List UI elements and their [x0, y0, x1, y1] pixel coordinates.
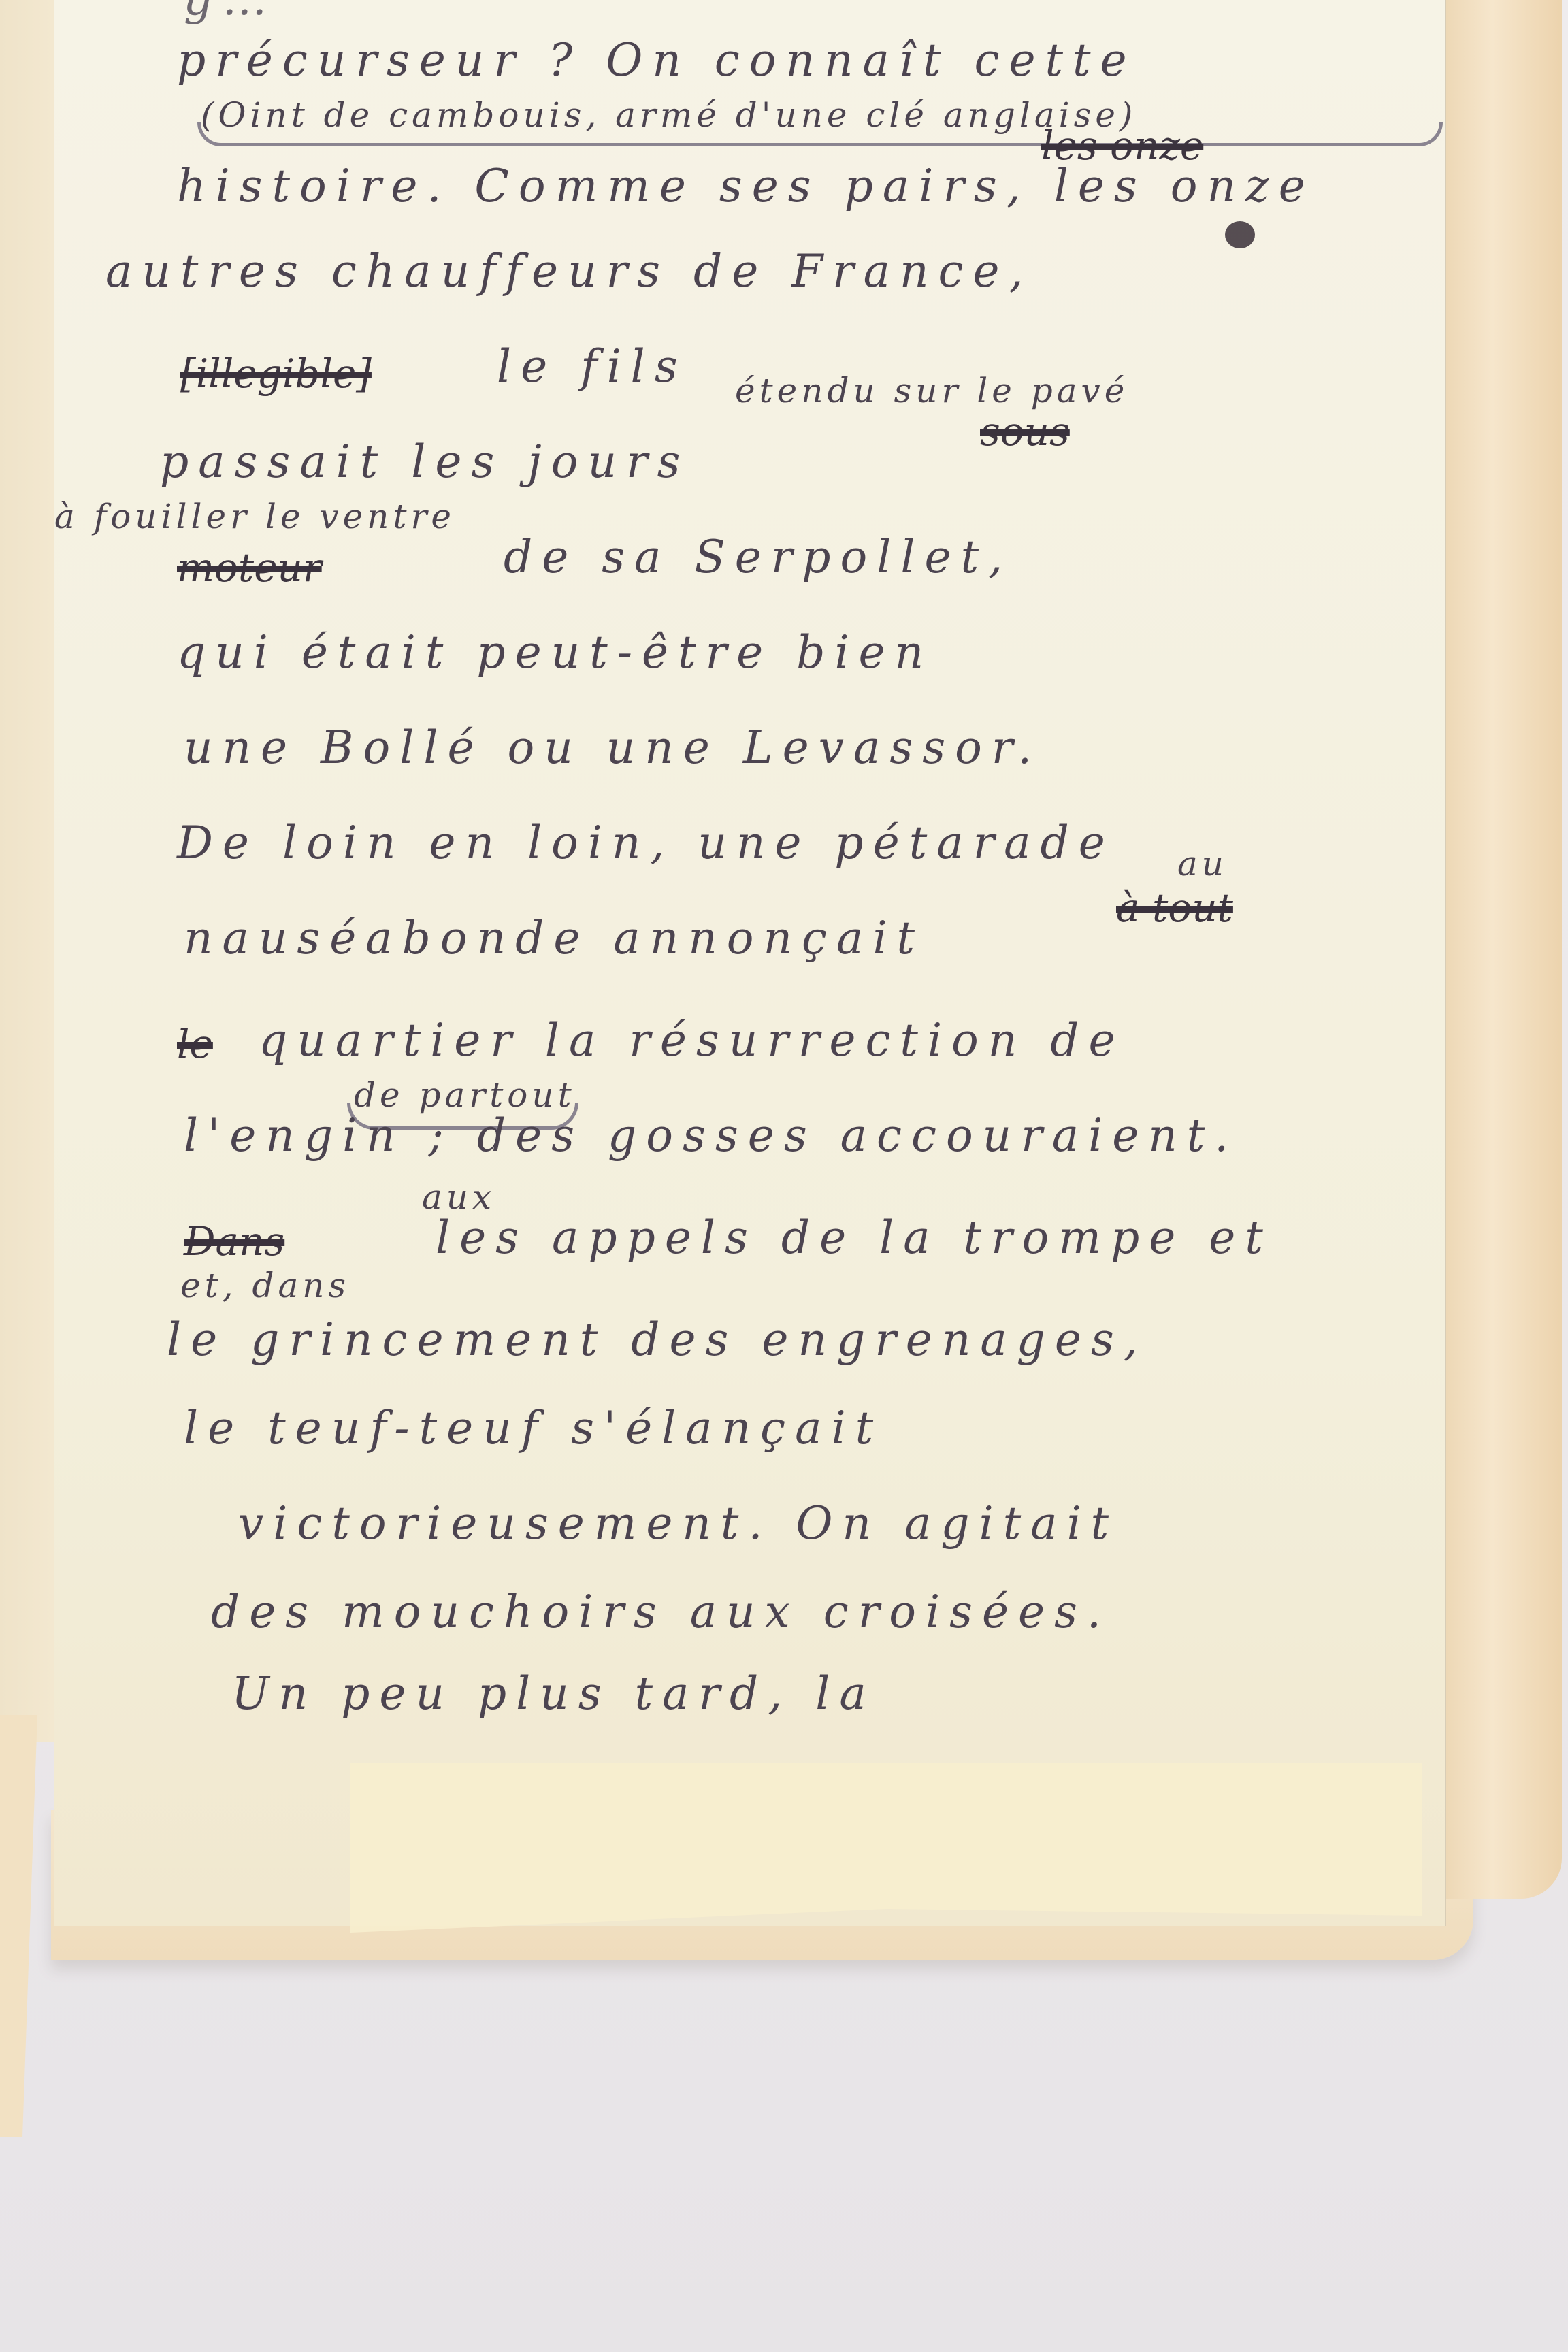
line-0: g… — [184, 0, 276, 25]
line-13: les appels de la trompe et — [436, 1211, 1273, 1264]
line-5: passait les jours — [160, 436, 689, 488]
struck-5: sous — [980, 408, 1070, 455]
line-12: l'engin ; des gosses accouraient. — [184, 1109, 1238, 1162]
line-4: le fils — [497, 340, 687, 393]
line-7: qui était peut-être bien — [177, 626, 933, 679]
line-18: Un peu plus tard, la — [231, 1667, 876, 1720]
line-10: nauséabonde annonçait — [184, 912, 924, 964]
struck-11: le — [177, 1021, 213, 1067]
line-14: le grincement des engrenages, — [167, 1313, 1147, 1366]
line-11: quartier la résurrection de — [259, 1014, 1125, 1066]
struck-6: moteur — [177, 544, 322, 591]
manuscript-photo: g… précurseur ? On connaît cette (Oint d… — [0, 0, 1568, 2352]
paper-tape-patch — [350, 1763, 1422, 1933]
line-16: victorieusement. On agitait — [238, 1497, 1118, 1550]
struck-2: les onze — [1041, 122, 1203, 169]
line-17: des mouchoirs aux croisées. — [211, 1586, 1111, 1638]
insertion-brace-1 — [197, 122, 1443, 146]
ink-blot — [1225, 221, 1255, 248]
line-6: de sa Serpollet, — [504, 531, 1012, 583]
line-3: autres chauffeurs de France, — [105, 245, 1032, 297]
struck-10: à tout — [1116, 885, 1233, 931]
line-9: De loin en loin, une pétarade — [177, 817, 1115, 869]
left-page-edge — [0, 0, 54, 1742]
struck-13: Dans — [184, 1218, 284, 1264]
line-15: le teuf-teuf s'élançait — [184, 1402, 883, 1454]
insertion-10: au — [1177, 844, 1228, 883]
right-page-edge — [1446, 0, 1562, 1899]
line-1: précurseur ? On connaît cette — [177, 34, 1137, 86]
insertion-6: à fouiller le ventre — [54, 497, 455, 536]
insertion-4: étendu sur le pavé — [735, 371, 1128, 410]
insertion-14: et, dans — [180, 1266, 350, 1305]
struck-4: [illegible] — [180, 350, 372, 397]
line-8: une Bollé ou une Levassor. — [184, 721, 1041, 774]
manuscript-page: g… précurseur ? On connaît cette (Oint d… — [54, 0, 1446, 1926]
